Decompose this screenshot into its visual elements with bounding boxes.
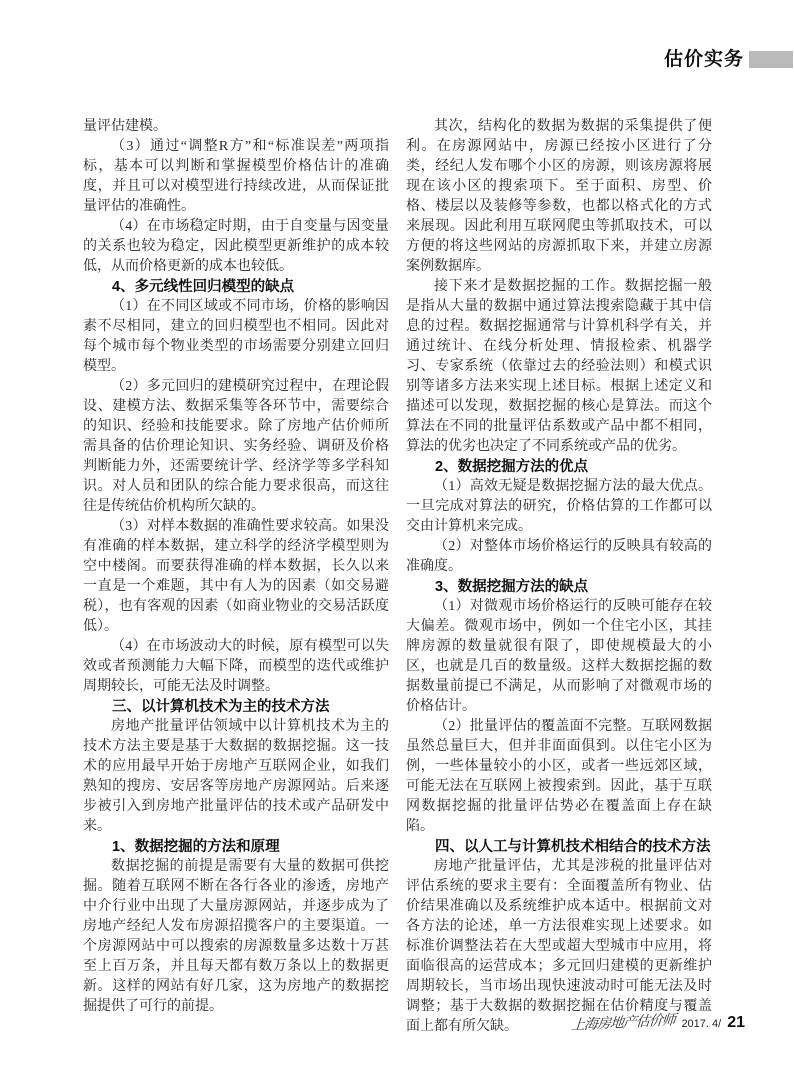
paragraph: 量评估建模。 (83, 117, 389, 137)
page-number: 21 (727, 1014, 745, 1032)
article-body: 量评估建模。 （3）通过“调整R方”和“标准误差”两项指标，基本可以判断和掌握模… (83, 117, 712, 1037)
paragraph: （1）高效无疑是数据挖掘方法的最大优点。一旦完成对算法的研究，价格估算的工作都可… (406, 477, 712, 537)
column-left: 量评估建模。 （3）通过“调整R方”和“标准误差”两项指标，基本可以判断和掌握模… (83, 117, 389, 1037)
paragraph: （3）对样本数据的准确性要求较高。如果没有准确的样本数据，建立科学的经济学模型则… (83, 517, 389, 637)
paragraph: （1）在不同区域或不同市场，价格的影响因素不尽相同，建立的回归模型也不相同。因此… (83, 297, 389, 377)
paragraph: 接下来才是数据挖掘的工作。数据挖掘一般是指从大量的数据中通过算法搜索隐藏于其中信… (406, 277, 712, 457)
paragraph: （2）多元回归的建模研究过程中，在理论假设、建模方法、数据采集等各环节中，需要综… (83, 377, 389, 517)
paragraph: 其次，结构化的数据为数据的采集提供了便利。在房源网站中，房源已经按小区进行了分类… (406, 117, 712, 277)
paragraph: （2）批量评估的覆盖面不完整。互联网数据虽然总量巨大，但并非面面俱到。以住宅小区… (406, 717, 712, 837)
column-right: 其次，结构化的数据为数据的采集提供了便利。在房源网站中，房源已经按小区进行了分类… (406, 117, 712, 1037)
paragraph: （4）在市场波动大的时候，原有模型可以失效或者预测能力大幅下降，而模型的迭代或维… (83, 637, 389, 697)
section-heading: 三、以计算机技术为主的技术方法 (83, 697, 389, 717)
journal-logo: 上海房地产估价师 (571, 1009, 677, 1035)
paragraph: （1）对微观市场价格运行的反映可能存在较大偏差。微观市场中，例如一个住宅小区，其… (406, 597, 712, 717)
section-heading: 1、数据挖掘的方法和原理 (83, 837, 389, 857)
paragraph: 房地产批量评估领域中以计算机技术为主的技术方法主要是基于大数据的数据挖掘。这一技… (83, 717, 389, 837)
paragraph: （2）对整体市场价格运行的反映具有较高的准确度。 (406, 537, 712, 577)
page-footer: 上海房地产估价师 2017. 4/ 21 (571, 1012, 745, 1032)
section-heading: 3、数据挖掘方法的缺点 (406, 577, 712, 597)
section-label: 估价实务 (664, 50, 744, 69)
paragraph: （4）在市场稳定时期，由于自变量与因变量的关系也较为稳定，因此模型更新维护的成本… (83, 217, 389, 277)
section-heading: 4、多元线性回归模型的缺点 (83, 277, 389, 297)
section-heading: 四、以人工与计算机技术相结合的技术方法 (406, 837, 712, 857)
paragraph: （3）通过“调整R方”和“标准误差”两项指标，基本可以判断和掌握模型价格估计的准… (83, 137, 389, 217)
page-header: 估价实务 (664, 50, 793, 69)
paragraph: 数据挖掘的前提是需要有大量的数据可供挖掘。随着互联网不断在各行各业的渗透，房地产… (83, 857, 389, 1017)
issue-label: 2017. 4/ (681, 1018, 721, 1030)
document-page: 估价实务 量评估建模。 （3）通过“调整R方”和“标准误差”两项指标，基本可以判… (0, 0, 794, 1077)
header-decoration-bar (749, 51, 793, 68)
section-heading: 2、数据挖掘方法的优点 (406, 457, 712, 477)
